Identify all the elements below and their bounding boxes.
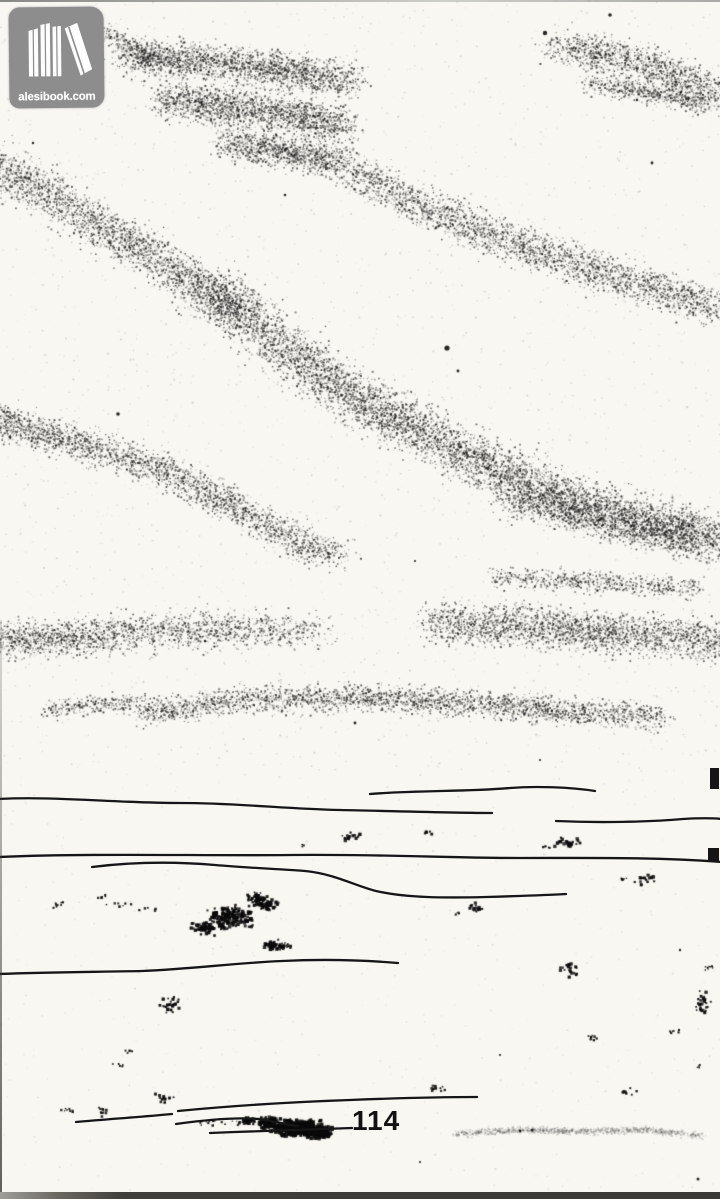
manga-page: alesibook.com 114 (0, 0, 720, 1199)
page-bottom-edge (0, 1192, 720, 1199)
page-left-edge (0, 620, 2, 1199)
ground-line (0, 855, 720, 862)
page-edge-marks (708, 768, 719, 861)
watermark-badge: alesibook.com (8, 7, 104, 109)
right-edge-mark (708, 848, 719, 861)
ground-lines-artwork (0, 0, 720, 1199)
ground-line (556, 818, 720, 822)
ground-contour-lines (0, 787, 720, 1133)
ground-line (0, 798, 492, 813)
right-edge-mark (710, 768, 719, 789)
ground-line (0, 960, 398, 974)
ground-line (370, 787, 595, 794)
books-icon (9, 13, 105, 86)
ground-line (178, 1097, 477, 1111)
ground-line (210, 1128, 352, 1133)
ground-line (176, 1118, 298, 1126)
page-number: 114 (352, 1105, 400, 1137)
watermark-text: alesibook.com (9, 91, 104, 104)
page-top-edge (0, 0, 720, 2)
ground-line (76, 1114, 172, 1122)
ground-line (92, 863, 566, 898)
